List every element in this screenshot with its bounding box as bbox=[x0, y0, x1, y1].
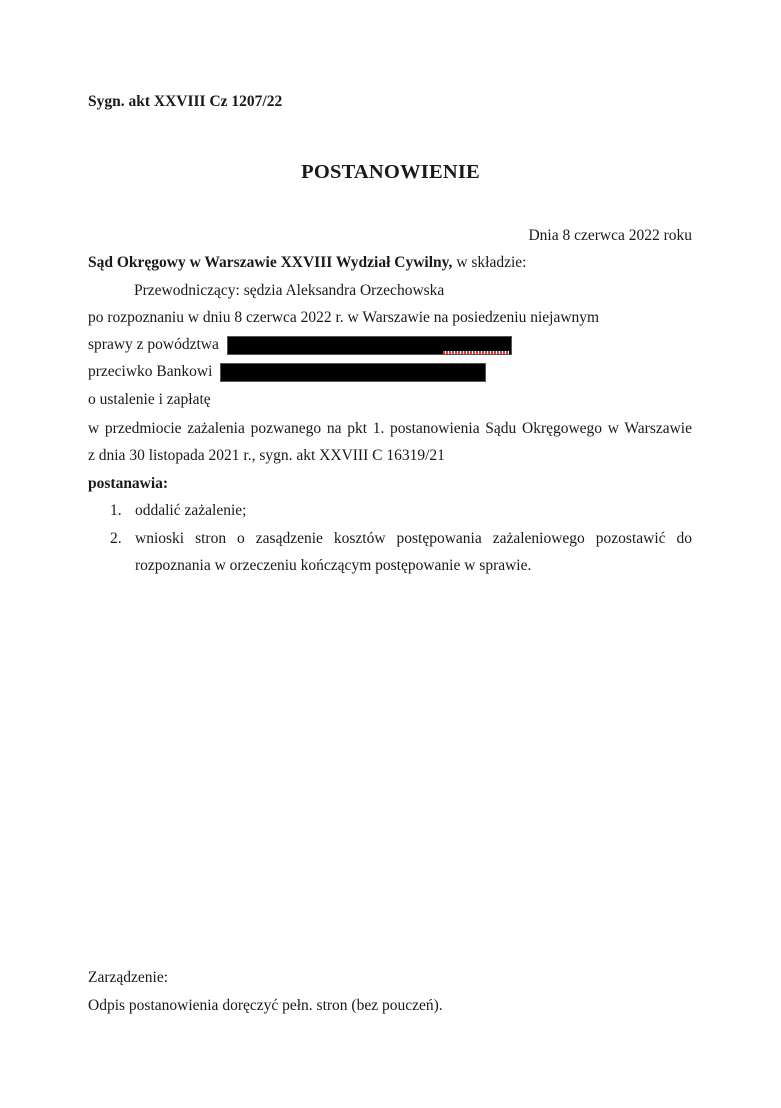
decision-heading: postanawia: bbox=[88, 475, 168, 493]
court-composition-suffix: w składzie: bbox=[452, 254, 526, 271]
decision-item-text-continued: rozpoznania w orzeczeniu kończącym postę… bbox=[135, 557, 531, 575]
decision-item-text: wnioski stron o zasądzenie kosztów postę… bbox=[135, 530, 692, 548]
document-date: Dnia 8 czerwca 2022 roku bbox=[528, 227, 692, 245]
case-subject: o ustalenie i zapłatę bbox=[88, 391, 211, 409]
defendant-label: przeciwko Bankowi bbox=[88, 363, 212, 381]
matter-line-2: z dnia 30 listopada 2021 r., sygn. akt X… bbox=[88, 447, 445, 465]
court-composition: Sąd Okręgowy w Warszawie XXVIII Wydział … bbox=[88, 254, 526, 272]
order-label: Zarządzenie: bbox=[88, 969, 168, 987]
case-signature: Sygn. akt XXVIII Cz 1207/22 bbox=[88, 93, 282, 111]
decision-item-number: 2. bbox=[110, 530, 122, 548]
spellcheck-underline bbox=[443, 351, 509, 354]
hearing-info: po rozpoznaniu w dniu 8 czerwca 2022 r. … bbox=[88, 309, 599, 327]
matter-line-1: w przedmiocie zażalenia pozwanego na pkt… bbox=[88, 420, 692, 438]
order-text: Odpis postanowienia doręczyć pełn. stron… bbox=[88, 997, 443, 1015]
document-title: POSTANOWIENIE bbox=[0, 163, 781, 181]
decision-item-text: oddalić zażalenie; bbox=[135, 502, 246, 520]
plaintiff-label: sprawy z powództwa bbox=[88, 336, 219, 354]
court-name: Sąd Okręgowy w Warszawie XXVIII Wydział … bbox=[88, 254, 452, 271]
presiding-judge: Przewodniczący: sędzia Aleksandra Orzech… bbox=[134, 282, 444, 300]
defendant-redaction bbox=[220, 363, 486, 382]
decision-item-number: 1. bbox=[110, 502, 122, 520]
